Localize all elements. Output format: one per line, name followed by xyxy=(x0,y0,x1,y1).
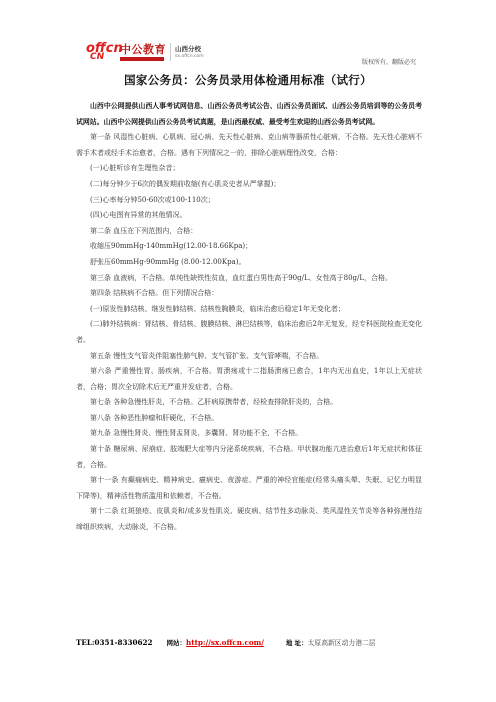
logo-branch: 山西分校 sx.offcn.com xyxy=(175,45,204,60)
footer-website-label: 网站： xyxy=(167,638,187,647)
article-subitem: (三)心率每分钟50-60次或100-110次； xyxy=(76,193,422,209)
logo-divider xyxy=(170,43,171,61)
article-subitem: (二)肺外结核病：肾结核、骨结核、腹膜结核、淋巴结核等，临床治愈后2年无复发，经… xyxy=(76,317,422,348)
article-subitem: 收缩压90mmHg-140mmHg(12.00-18.66Kpa)； xyxy=(76,239,422,255)
article-subitem: (四)心电图有异常的其他情况。 xyxy=(76,208,422,224)
article-paragraph: 第九条 急慢性肾炎、慢性肾盂肾炎、多囊肾、肾功能不全，不合格。 xyxy=(76,426,422,442)
article-paragraph: 第十条 糖尿病、尿崩症、肢端肥大症等内分泌系统疾病，不合格。甲状腺功能亢进治愈后… xyxy=(76,442,422,473)
article-subitem: (二)每分钟少于6次的偶发期前收缩(有心肌炎史者从严掌握)； xyxy=(76,177,422,193)
article-paragraph: 第十二条 红斑狼疮、皮肌炎和/或多发性肌炎、硬皮病、结节性多动脉炎、类风湿性关节… xyxy=(76,504,422,535)
logo-brand-name: 中公教育 xyxy=(120,44,166,56)
offcn-logo-mark-icon: offcn CN xyxy=(86,42,118,62)
article-subitem: 舒张压60mmHg-90mmHg (8.00-12.00Kpa)。 xyxy=(76,255,422,271)
logo-brand: 中公教育 xyxy=(120,44,166,61)
logo-branch-name: 山西分校 xyxy=(175,45,204,54)
footer-website-link[interactable]: http://sx.offcn.com/ xyxy=(186,638,264,647)
copyright-notice: 版权所有，翻版必究 xyxy=(362,57,416,66)
logo-tagline-bar xyxy=(120,57,164,61)
article-subitem: (一)原发性肺结核、继发性肺结核、结核性胸膜炎，临床治愈后稳定1年无变化者； xyxy=(76,302,422,318)
page-title: 国家公务员：公务员录用体检通用标准（试行） xyxy=(0,72,496,88)
document-page: offcn CN 中公教育 山西分校 sx.offcn.com 版权所有，翻版必… xyxy=(0,0,496,702)
article-paragraph: 第二条 血压在下列范围内，合格： xyxy=(76,224,422,240)
offcn-logo: offcn CN 中公教育 山西分校 sx.offcn.com xyxy=(86,40,216,64)
intro-paragraph: 山西中公网提供山西人事考试网信息、山西公务员考试公告、山西公务员面试、山西公务员… xyxy=(76,99,422,130)
logo-domain: sx.offcn.com xyxy=(175,54,204,60)
document-body: 山西中公网提供山西人事考试网信息、山西公务员考试公告、山西公务员面试、山西公务员… xyxy=(76,99,422,536)
footer-phone: TEL:0351-8330622 xyxy=(76,638,153,647)
article-paragraph: 第八条 各种恶性肿瘤和肝硬化，不合格。 xyxy=(76,411,422,427)
page-footer: TEL:0351-8330622 网站： http://sx.offcn.com… xyxy=(76,637,436,647)
article-paragraph: 第四条 结核病不合格。但下列情况合格： xyxy=(76,286,422,302)
article-subitem: (一)心脏听诊有生理性杂音； xyxy=(76,161,422,177)
article-paragraph: 第一条 风湿性心脏病、心肌病、冠心病、先天性心脏病、克山病等器质性心脏病，不合格… xyxy=(76,130,422,161)
article-paragraph: 第五条 慢性支气管炎伴阻塞性肺气肿、支气管扩张、支气管哮喘，不合格。 xyxy=(76,349,422,365)
footer-address: 太原高新区动力港二层 xyxy=(308,637,376,647)
footer-address-label: 地 址： xyxy=(286,638,308,647)
article-paragraph: 第三条 血液病，不合格。单纯性缺铁性贫血，血红蛋白男性高于90g/L、女性高于8… xyxy=(76,271,422,287)
article-paragraph: 第十一条 有癫痫病史、精神病史、癔病史、夜游症、严重的神经官能症(经常头痛头晕、… xyxy=(76,473,422,504)
article-paragraph: 第七条 各种急慢性肝炎，不合格。乙肝病原携带者，经检查排除肝炎的，合格。 xyxy=(76,395,422,411)
article-paragraph: 第六条 严重慢性胃、肠疾病，不合格。胃溃疡或十二指肠溃疡已愈合，1年内无出血史，… xyxy=(76,364,422,395)
